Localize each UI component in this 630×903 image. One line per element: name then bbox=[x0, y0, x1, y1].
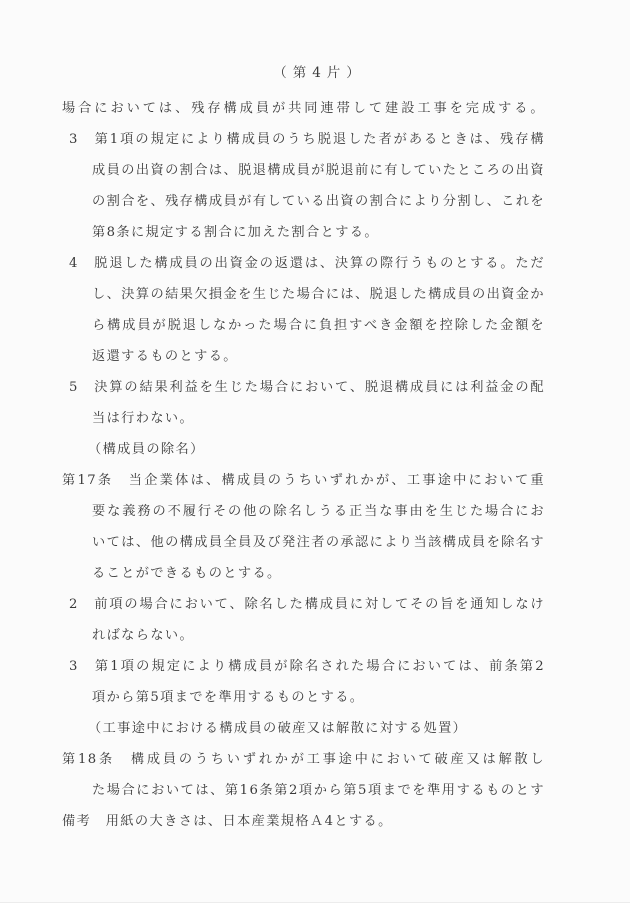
document-body: （第4片） 場合においては、残存構成員が共同連帯して建設工事を完成する。 3 第… bbox=[62, 59, 545, 837]
remarks-line: 備考 用紙の大きさは、日本産業規格Ａ4とする。 bbox=[62, 806, 545, 837]
clause-item-line: 3 第1項の規定により構成員のうち脱退した者があるときは、残存構 bbox=[69, 124, 545, 155]
text-line: いては、他の構成員全員及び発注者の承認により当該構成員を除名す bbox=[92, 527, 545, 558]
text-line: ら構成員が脱退しなかった場合に負担すべき金額を控除した金額を bbox=[92, 310, 545, 341]
clause-item-line: 5 決算の結果利益を生じた場合において、脱退構成員には利益金の配 bbox=[69, 372, 545, 403]
text-line: ればならない。 bbox=[92, 620, 545, 651]
article-heading: （工事途中における構成員の破産又は解散に対する処置） bbox=[88, 713, 545, 744]
article-line: 第17条 当企業体は、構成員のうちいずれかが、工事途中において重 bbox=[62, 465, 545, 496]
clause-item-line: 2 前項の場合において、除名した構成員に対してその旨を通知しなけ bbox=[69, 589, 545, 620]
text-line: 当は行わない。 bbox=[92, 403, 545, 434]
page-label: （第4片） bbox=[78, 59, 561, 87]
document-page: （第4片） 場合においては、残存構成員が共同連帯して建設工事を完成する。 3 第… bbox=[0, 0, 630, 903]
text-line: 項から第5項までを準用するものとする。 bbox=[92, 682, 545, 713]
clause-item-line: 4 脱退した構成員の出資金の返還は、決算の際行うものとする。ただ bbox=[69, 248, 545, 279]
article-line: 第18条 構成員のうちいずれかが工事途中において破産又は解散し bbox=[62, 744, 545, 775]
text-line: 第8条に規定する割合に加えた割合とする。 bbox=[92, 217, 545, 248]
text-line: 成員の出資の割合は、脱退構成員が脱退前に有していたところの出資 bbox=[92, 155, 545, 186]
text-line: 要な義務の不履行その他の除名しうる正当な事由を生じた場合にお bbox=[92, 496, 545, 527]
text-line: 返還するものとする。 bbox=[92, 341, 545, 372]
text-line: た場合においては、第16条第2項から第5項までを準用するものとす bbox=[92, 775, 545, 806]
text-line: 場合においては、残存構成員が共同連帯して建設工事を完成する。 bbox=[62, 93, 545, 124]
clause-item-line: 3 第1項の規定により構成員が除名された場合においては、前条第2 bbox=[69, 651, 545, 682]
text-line: の割合を、残存構成員が有している出資の割合により分割し、これを bbox=[92, 186, 545, 217]
text-line: ることができるものとする。 bbox=[92, 558, 545, 589]
text-line: し、決算の結果欠損金を生じた場合には、脱退した構成員の出資金か bbox=[92, 279, 545, 310]
article-heading: （構成員の除名） bbox=[88, 434, 545, 465]
